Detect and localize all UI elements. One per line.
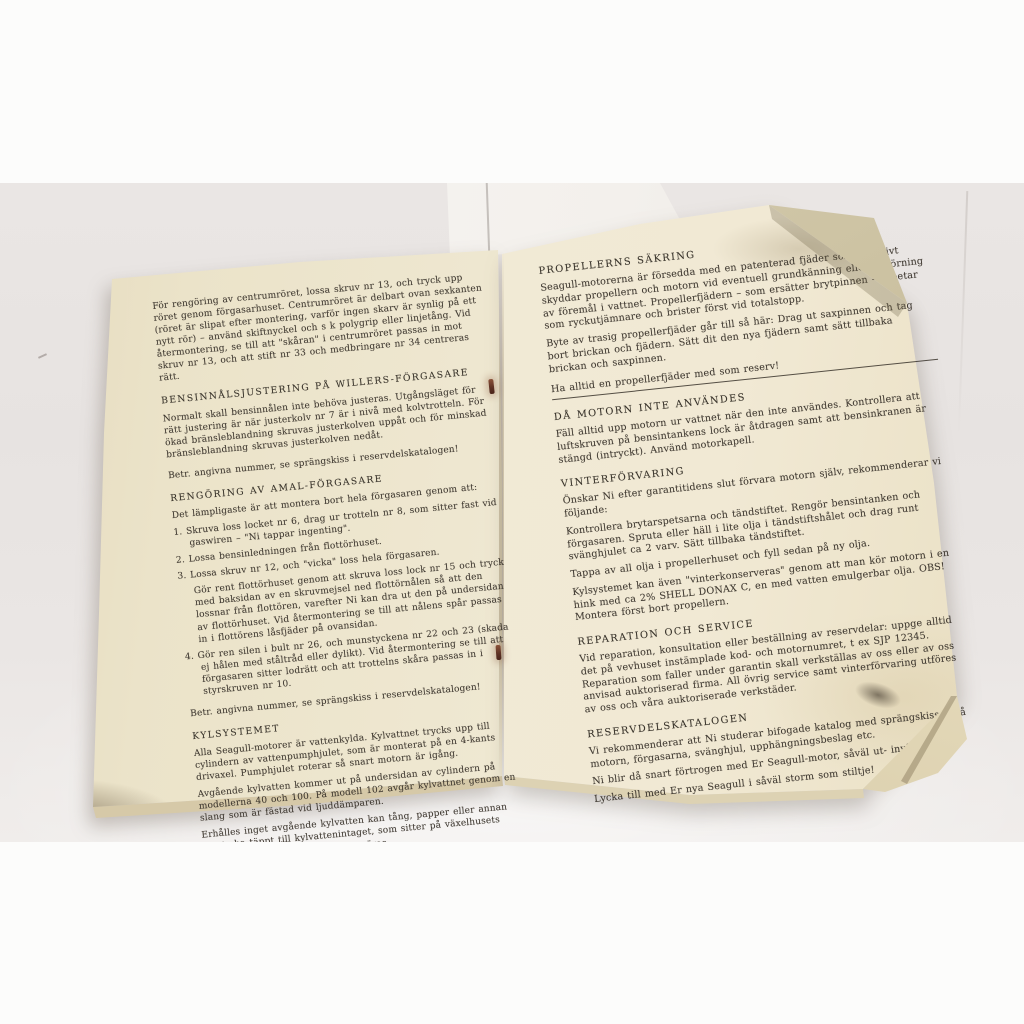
white-mat-bottom [0,842,1024,1024]
staple-bottom [495,645,501,660]
list-number: 2. [176,555,186,566]
photo-background: För rengöring av centrumröret, lossa skr… [0,183,1024,842]
list-number: 3. [177,571,187,582]
list-number: 4. [185,651,195,662]
list-number: 1. [173,527,183,538]
left-page-text: För rengöring av centrumröret, lossa skr… [152,270,535,871]
right-page-text: PROPELLERNS SÄKRINGSeagull-motorerna är … [538,224,981,811]
photo-frame: För rengöring av centrumröret, lossa skr… [0,0,1024,1024]
white-mat-top [0,0,1024,183]
